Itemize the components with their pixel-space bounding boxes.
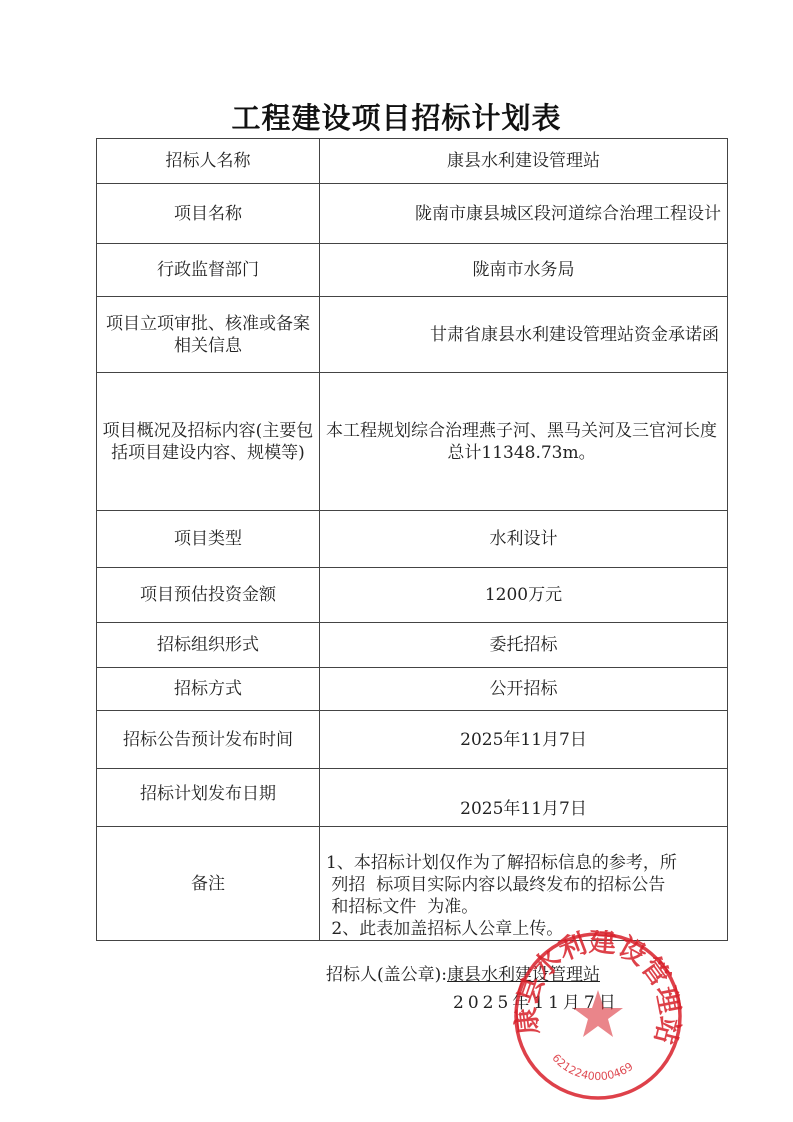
row-value: 水利设计: [320, 511, 728, 568]
row-label: 招标组织形式: [97, 623, 320, 668]
row-value: 委托招标: [320, 623, 728, 668]
row-value: 公开招标: [320, 668, 728, 711]
row-value: 陇南市康县城区段河道综合治理工程设计: [320, 184, 728, 244]
table-row: 招标方式 公开招标: [97, 668, 728, 711]
row-value: 甘肃省康县水利建设管理站资金承诺函: [320, 297, 728, 373]
table-row: 项目名称 陇南市康县城区段河道综合治理工程设计: [97, 184, 728, 244]
row-label: 行政监督部门: [97, 244, 320, 297]
row-label: 招标人名称: [97, 139, 320, 184]
row-label: 招标公告预计发布时间: [97, 711, 320, 769]
row-label: 项目预估投资金额: [97, 568, 320, 623]
tender-plan-table: 招标人名称 康县水利建设管理站 项目名称 陇南市康县城区段河道综合治理工程设计 …: [96, 138, 728, 941]
table-row: 招标人名称 康县水利建设管理站: [97, 139, 728, 184]
table-row: 招标公告预计发布时间 2025年11月7日: [97, 711, 728, 769]
table-row: 招标组织形式 委托招标: [97, 623, 728, 668]
signer-label: 招标人(盖公章):: [326, 965, 447, 985]
notes-content: 1、本招标计划仅作为了解招标信息的参考，所 列招 标项目实际内容以最终发布的招标…: [320, 827, 728, 941]
page-title: 工程建设项目招标计划表: [0, 96, 793, 137]
seal-code: 6212240000469: [549, 1052, 635, 1084]
row-value: 康县水利建设管理站: [320, 139, 728, 184]
row-value: 2025年11月7日: [320, 711, 728, 769]
row-value: 陇南市水务局: [320, 244, 728, 297]
table-row: 行政监督部门 陇南市水务局: [97, 244, 728, 297]
row-label: 项目类型: [97, 511, 320, 568]
svg-text:康县水利建设管理站: 康县水利建设管理站: [512, 930, 684, 1047]
note-line: 列招 标项目实际内容以最终发布的招标公告: [326, 874, 725, 896]
table-row: 招标计划发布日期 2025年11月7日: [97, 769, 728, 827]
svg-text:6212240000469: 6212240000469: [549, 1052, 635, 1084]
row-label: 项目名称: [97, 184, 320, 244]
note-line: 1、本招标计划仅作为了解招标信息的参考，所: [326, 852, 725, 874]
row-label: 项目概况及招标内容(主要包括项目建设内容、规模等): [97, 373, 320, 511]
row-value: 2025年11月7日: [320, 769, 728, 827]
row-value: 本工程规划综合治理燕子河、黑马关河及三官河长度总计11348.73m。: [320, 373, 728, 511]
row-label: 项目立项审批、核准或备案相关信息: [97, 297, 320, 373]
table-row: 项目类型 水利设计: [97, 511, 728, 568]
note-line: 和招标文件 为准。: [326, 896, 725, 918]
row-value: 1200万元: [320, 568, 728, 623]
table-row-notes: 备注 1、本招标计划仅作为了解招标信息的参考，所 列招 标项目实际内容以最终发布…: [97, 827, 728, 941]
notes-label: 备注: [97, 827, 320, 941]
table-row: 项目概况及招标内容(主要包括项目建设内容、规模等) 本工程规划综合治理燕子河、黑…: [97, 373, 728, 511]
row-label: 招标计划发布日期: [97, 769, 320, 827]
official-seal-icon: 康县水利建设管理站 6212240000469: [512, 930, 684, 1102]
table-row: 项目立项审批、核准或备案相关信息 甘肃省康县水利建设管理站资金承诺函: [97, 297, 728, 373]
seal-text: 康县水利建设管理站: [512, 930, 684, 1047]
row-label: 招标方式: [97, 668, 320, 711]
table-row: 项目预估投资金额 1200万元: [97, 568, 728, 623]
